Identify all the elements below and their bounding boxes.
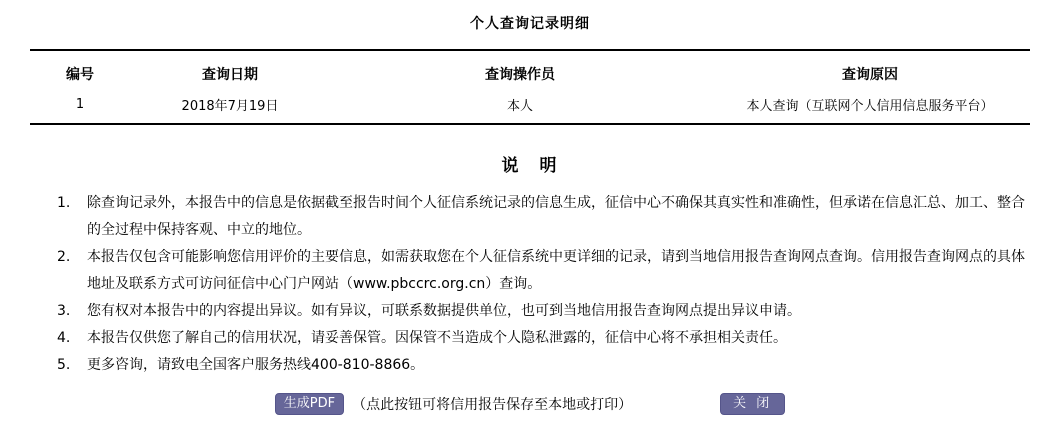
credit-report-query-page: 个人查询记录明细 编号 查询日期 查询操作员 查询原因 1 2018年7月19日…	[0, 0, 1060, 415]
table-header-row: 编号 查询日期 查询操作员 查询原因	[30, 59, 1030, 89]
cell-number: 1	[30, 89, 130, 119]
query-records-table: 编号 查询日期 查询操作员 查询原因 1 2018年7月19日 本人 本人查询（…	[30, 59, 1030, 119]
table-row: 1 2018年7月19日 本人 本人查询（互联网个人信用信息服务平台）	[30, 89, 1030, 119]
generate-pdf-button[interactable]: 生成PDF	[275, 393, 344, 415]
footer-actions: 生成PDF （点此按钮可将信用报告保存至本地或打印） 关 闭	[30, 393, 1030, 415]
note-item-text: 本报告仅包含可能影响您信用评价的主要信息，如需获取您在个人征信系统中更详细的记录…	[79, 244, 1030, 298]
page-title: 个人查询记录明细	[30, 0, 1030, 33]
notes-list: 1. 除查询记录外，本报告中的信息是依据截至报告时间个人征信系统记录的信息生成，…	[30, 190, 1030, 379]
column-header-date: 查询日期	[130, 59, 330, 89]
note-item-5: 5. 更多咨询，请致电全国客户服务热线400-810-8866。	[30, 352, 1030, 379]
note-item-text: 除查询记录外，本报告中的信息是依据截至报告时间个人征信系统记录的信息生成，征信中…	[79, 190, 1030, 244]
note-item-text: 更多咨询，请致电全国客户服务热线400-810-8866。	[79, 352, 1030, 379]
cell-date: 2018年7月19日	[130, 89, 330, 119]
note-item-number: 5.	[57, 352, 79, 379]
close-button[interactable]: 关 闭	[720, 393, 785, 415]
note-item-number: 4.	[57, 325, 79, 352]
divider-bottom	[30, 123, 1030, 125]
column-header-operator: 查询操作员	[330, 59, 710, 89]
note-item-4: 4. 本报告仅供您了解自己的信用状况，请妥善保管。因保管不当造成个人隐私泄露的，…	[30, 325, 1030, 352]
note-item-2: 2. 本报告仅包含可能影响您信用评价的主要信息，如需获取您在个人征信系统中更详细…	[30, 244, 1030, 298]
note-item-number: 2.	[57, 244, 79, 271]
note-item-number: 3.	[57, 298, 79, 325]
column-header-number: 编号	[30, 59, 130, 89]
note-item-number: 1.	[57, 190, 79, 217]
note-item-3: 3. 您有权对本报告中的内容提出异议。如有异议，可联系数据提供单位，也可到当地信…	[30, 298, 1030, 325]
column-header-reason: 查询原因	[710, 59, 1030, 89]
cell-operator: 本人	[330, 89, 710, 119]
note-item-text: 您有权对本报告中的内容提出异议。如有异议，可联系数据提供单位，也可到当地信用报告…	[79, 298, 1030, 325]
cell-reason: 本人查询（互联网个人信用信息服务平台）	[710, 89, 1030, 119]
divider-top	[30, 49, 1030, 51]
notes-heading: 说 明	[30, 151, 1030, 176]
note-item-1: 1. 除查询记录外，本报告中的信息是依据截至报告时间个人征信系统记录的信息生成，…	[30, 190, 1030, 244]
pdf-hint-text: （点此按钮可将信用报告保存至本地或打印）	[352, 394, 632, 414]
note-item-text: 本报告仅供您了解自己的信用状况，请妥善保管。因保管不当造成个人隐私泄露的，征信中…	[79, 325, 1030, 352]
